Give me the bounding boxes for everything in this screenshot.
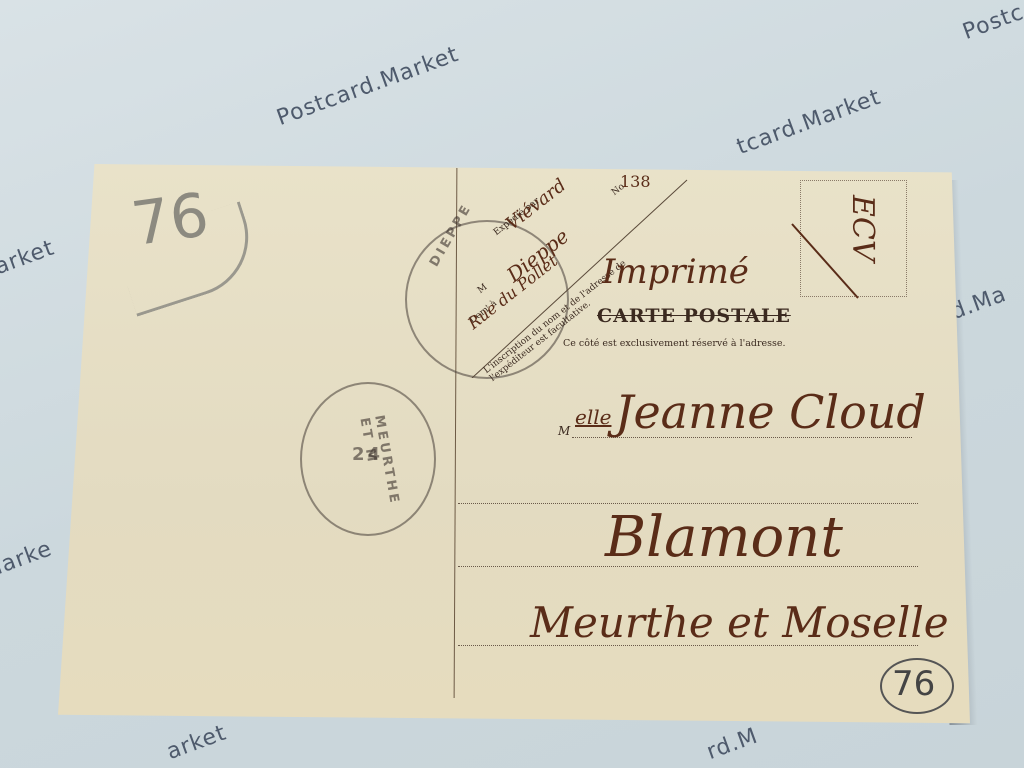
address-line-2 [458, 503, 918, 504]
watermark-text: tcard.Market [733, 85, 884, 160]
watermark-text: arket [0, 235, 58, 280]
sender-no-value: 138 [620, 172, 651, 191]
stamp-area-slash [790, 220, 870, 300]
watermark-text: Postcard.Market [273, 42, 462, 131]
recipient-name: Jeanne Cloud [615, 385, 926, 439]
recipient-town: Blamont [605, 505, 843, 570]
printed-title-struck: CARTE POSTALE [597, 305, 791, 327]
postmark-date: 24 [352, 444, 383, 465]
recipient-region: Meurthe et Moselle [530, 598, 949, 647]
address-side-note: Ce côté est exclusivement réservé à l'ad… [563, 338, 786, 349]
handwritten-title: Imprimé [602, 252, 749, 292]
watermark-text: arket [163, 720, 229, 765]
watermark-text: Postc [959, 0, 1024, 45]
salutation-suffix: elle [575, 405, 611, 429]
salutation-prefix: M [558, 424, 570, 438]
postmark-left: MEURTHE ET M 24 [300, 382, 436, 536]
pencil-note-bottom-right: 76 [892, 664, 935, 704]
watermark-text: larke [0, 536, 56, 580]
watermark-text: rd.M [703, 724, 761, 765]
